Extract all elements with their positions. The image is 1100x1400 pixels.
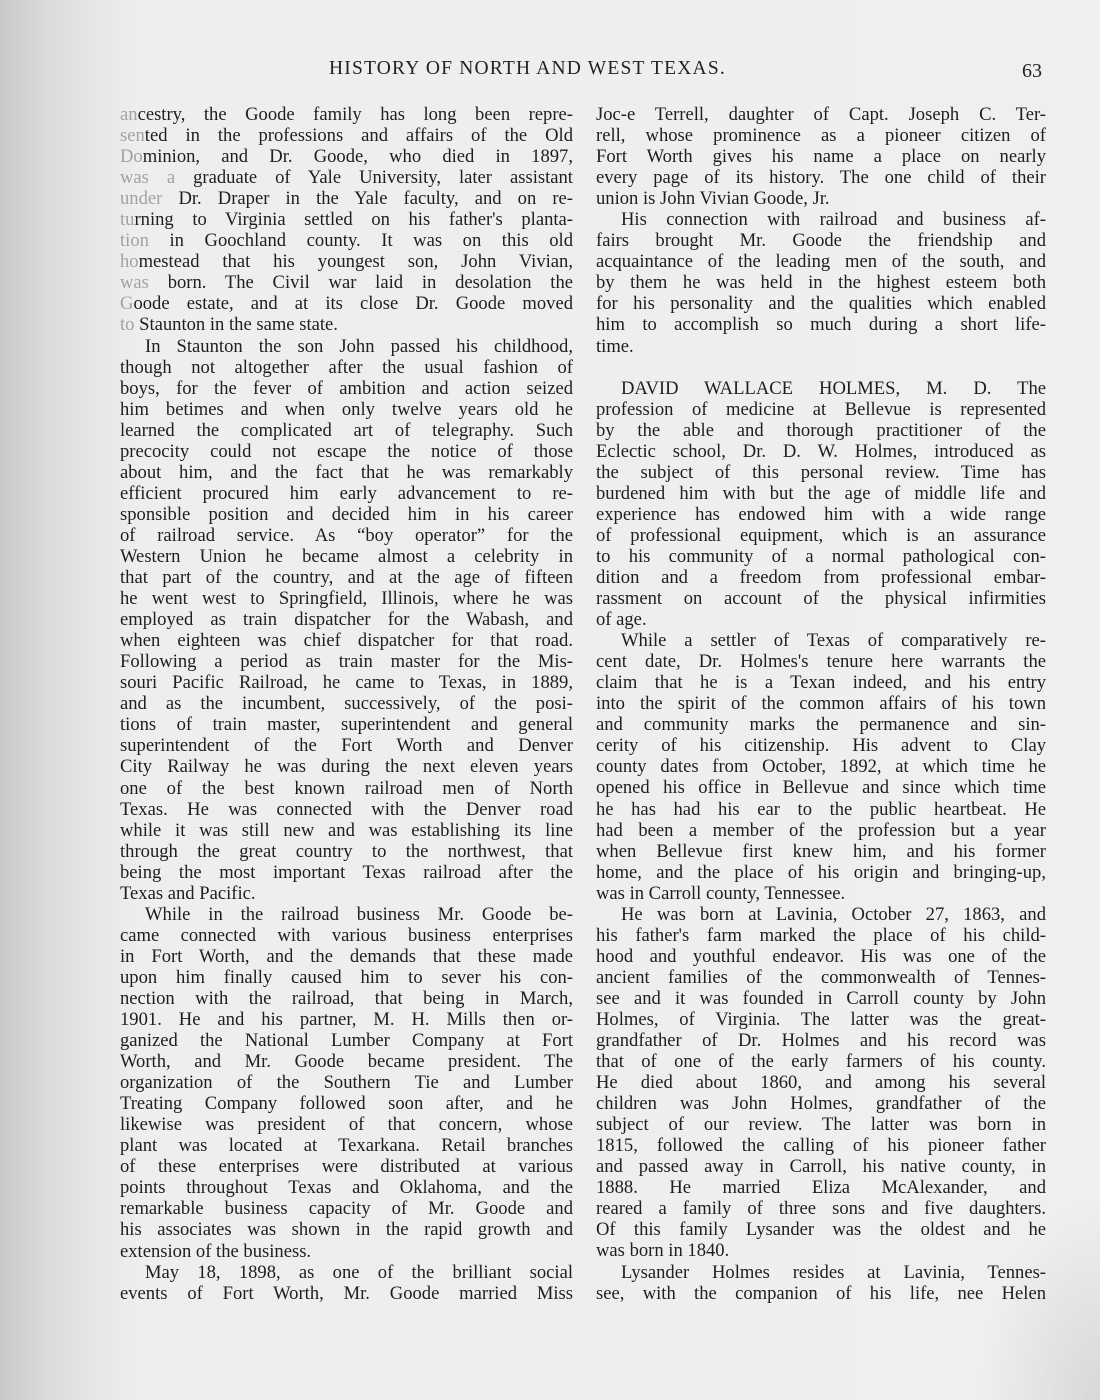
- running-header: HISTORY OF NORTH AND WEST TEXAS. 63: [0, 58, 1100, 88]
- text-line: cerity of his citizenship. His advent to…: [596, 735, 1046, 756]
- text-line: he has had his ear to the public heartbe…: [596, 799, 1046, 820]
- paragraph: He was born at Lavinia, October 27, 1863…: [596, 904, 1046, 1262]
- text-line: county dates from October, 1892, at whic…: [596, 756, 1046, 777]
- text-line: Treating Company followed soon after, an…: [120, 1093, 573, 1114]
- text-line: Following a period as train master for t…: [120, 651, 573, 672]
- text-line: points throughout Texas and Oklahoma, an…: [120, 1177, 573, 1198]
- text-line: events of Fort Worth, Mr. Goode married …: [120, 1283, 573, 1304]
- text-line: organization of the Southern Tie and Lum…: [120, 1072, 573, 1093]
- text-line: by the able and thorough practitioner of…: [596, 420, 1046, 441]
- paragraph: Lysander Holmes resides at Lavinia, Tenn…: [596, 1262, 1046, 1304]
- text-line: and community marks the permanence and s…: [596, 714, 1046, 735]
- text-line: his father's farm marked the place of hi…: [596, 925, 1046, 946]
- text-line: dition and a freedom from professional e…: [596, 567, 1046, 588]
- text-line: being the most important Texas railroad …: [120, 862, 573, 883]
- paragraph: His connection with railroad and busines…: [596, 209, 1046, 356]
- text-line: of these enterprises were distributed at…: [120, 1156, 573, 1177]
- text-line: Eclectic school, Dr. D. W. Holmes, intro…: [596, 441, 1046, 462]
- text-line: Joc-e Terrell, daughter of Capt. Joseph …: [596, 104, 1046, 125]
- text-line: He was born at Lavinia, October 27, 1863…: [596, 904, 1046, 925]
- text-line: Goode estate, and at its close Dr. Goode…: [120, 293, 573, 314]
- text-line: 1901. He and his partner, M. H. Mills th…: [120, 1009, 573, 1030]
- paragraph: While a settler of Texas of comparativel…: [596, 630, 1046, 904]
- text-line: though not altogether after the usual fa…: [120, 357, 573, 378]
- text-line: plant was located at Texarkana. Retail b…: [120, 1135, 573, 1156]
- text-line: when Bellevue first knew him, and his fo…: [596, 841, 1046, 862]
- text-line: homestead that his youngest son, John Vi…: [120, 251, 573, 272]
- section-paragraph: DAVID WALLACE HOLMES, M. D. Theprofessio…: [596, 378, 1046, 631]
- text-line: about him, and the fact that he was rema…: [120, 462, 573, 483]
- paragraph: In Staunton the son John passed his chil…: [120, 336, 573, 904]
- text-line: hood and youthful endeavor. His was one …: [596, 946, 1046, 967]
- text-line: while it was still new and was establish…: [120, 820, 573, 841]
- text-line: one of the best known railroad men of No…: [120, 778, 573, 799]
- text-line: sponsible position and decided him in hi…: [120, 504, 573, 525]
- text-line: of railroad service. As “boy operator” f…: [120, 525, 573, 546]
- text-line: and as the incumbent, successively, of t…: [120, 693, 573, 714]
- text-line: experience has endowed him with a wide r…: [596, 504, 1046, 525]
- text-line: Lysander Holmes resides at Lavinia, Tenn…: [596, 1262, 1046, 1283]
- paragraph: Joc-e Terrell, daughter of Capt. Joseph …: [596, 104, 1046, 209]
- text-line: 1888. He married Eliza McAlexander, and: [596, 1177, 1046, 1198]
- text-line: ganized the National Lumber Company at F…: [120, 1030, 573, 1051]
- text-line: extension of the business.: [120, 1241, 573, 1262]
- text-line: in Fort Worth, and the demands that thes…: [120, 946, 573, 967]
- text-line: rassment on account of the physical infi…: [596, 588, 1046, 609]
- text-line: reared a family of three sons and five d…: [596, 1198, 1046, 1219]
- text-line: children was John Holmes, grandfather of…: [596, 1093, 1046, 1114]
- running-title: HISTORY OF NORTH AND WEST TEXAS.: [329, 58, 726, 80]
- text-line: to Staunton in the same state.: [120, 314, 573, 335]
- text-line: he went west to Springfield, Illinois, w…: [120, 588, 573, 609]
- text-line: by them he was held in the highest estee…: [596, 272, 1046, 293]
- text-line: Texas and Pacific.: [120, 883, 573, 904]
- paragraph: While in the railroad business Mr. Goode…: [120, 904, 573, 1262]
- text-line: efficient procured him early advancement…: [120, 483, 573, 504]
- text-line: Dominion, and Dr. Goode, who died in 189…: [120, 146, 573, 167]
- text-line: was a graduate of Yale University, later…: [120, 167, 573, 188]
- text-line: through the great country to the northwe…: [120, 841, 573, 862]
- text-line: when eighteen was chief dispatcher for t…: [120, 630, 573, 651]
- text-line: was born. The Civil war laid in desolati…: [120, 272, 573, 293]
- text-line: superintendent of the Fort Worth and Den…: [120, 735, 573, 756]
- left-column: ancestry, the Goode family has long been…: [120, 104, 573, 1304]
- text-line: upon him finally caused him to sever his…: [120, 967, 573, 988]
- text-line: of professional equipment, which is an a…: [596, 525, 1046, 546]
- text-line: Fort Worth gives his name a place on nea…: [596, 146, 1046, 167]
- paragraph: ancestry, the Goode family has long been…: [120, 104, 573, 336]
- text-line: see, with the companion of his life, nee…: [596, 1283, 1046, 1304]
- text-line: tions of train master, superintendent an…: [120, 714, 573, 735]
- text-line: under Dr. Draper in the Yale faculty, an…: [120, 188, 573, 209]
- text-line: his associates was shown in the rapid gr…: [120, 1219, 573, 1240]
- page-number: 63: [1022, 60, 1042, 83]
- text-line: profession of medicine at Bellevue is re…: [596, 399, 1046, 420]
- text-line: rell, whose prominence as a pioneer citi…: [596, 125, 1046, 146]
- text-line: grandfather of Dr. Holmes and his record…: [596, 1030, 1046, 1051]
- text-line: While in the railroad business Mr. Goode…: [120, 904, 573, 925]
- text-line: Holmes, of Virginia. The latter was the …: [596, 1009, 1046, 1030]
- text-line: for his personality and the qualities wh…: [596, 293, 1046, 314]
- text-line: In Staunton the son John passed his chil…: [120, 336, 573, 357]
- text-line: burdened him with but the age of middle …: [596, 483, 1046, 504]
- text-line: He died about 1860, and among his severa…: [596, 1072, 1046, 1093]
- text-line: boys, for the fever of ambition and acti…: [120, 378, 573, 399]
- text-line: learned the complicated art of telegraph…: [120, 420, 573, 441]
- text-line: cent date, Dr. Holmes's tenure here warr…: [596, 651, 1046, 672]
- text-line: and passed away in Carroll, his native c…: [596, 1156, 1046, 1177]
- text-line: to his community of a normal pathologica…: [596, 546, 1046, 567]
- text-line: the subject of this personal review. Tim…: [596, 462, 1046, 483]
- text-line: sented in the professions and affairs of…: [120, 125, 573, 146]
- text-line: ancestry, the Goode family has long been…: [120, 104, 573, 125]
- text-line: His connection with railroad and busines…: [596, 209, 1046, 230]
- text-line: time.: [596, 336, 1046, 357]
- text-line: union is John Vivian Goode, Jr.: [596, 188, 1046, 209]
- text-line: ancient families of the commonwealth of …: [596, 967, 1046, 988]
- text-line: of age.: [596, 609, 1046, 630]
- text-line: home, and the place of his origin and br…: [596, 862, 1046, 883]
- text-line: turning to Virginia settled on his fathe…: [120, 209, 573, 230]
- text-line: acquaintance of the leading men of the s…: [596, 251, 1046, 272]
- text-line: Texas. He was connected with the Denver …: [120, 799, 573, 820]
- paragraph: May 18, 1898, as one of the brilliant so…: [120, 1262, 573, 1304]
- text-line: subject of our review. The latter was bo…: [596, 1114, 1046, 1135]
- text-line: likewise was president of that concern, …: [120, 1114, 573, 1135]
- text-line: was in Carroll county, Tennessee.: [596, 883, 1046, 904]
- text-line: claim that he is a Texan indeed, and his…: [596, 672, 1046, 693]
- text-line: was born in 1840.: [596, 1240, 1046, 1261]
- text-line: him betimes and when only twelve years o…: [120, 399, 573, 420]
- text-line: employed as train dispatcher for the Wab…: [120, 609, 573, 630]
- text-line: Western Union he became almost a celebri…: [120, 546, 573, 567]
- text-line: see and it was founded in Carroll county…: [596, 988, 1046, 1009]
- text-line: him to accomplish so much during a short…: [596, 314, 1046, 335]
- text-line: fairs brought Mr. Goode the friendship a…: [596, 230, 1046, 251]
- text-line: Of this family Lysander was the oldest a…: [596, 1219, 1046, 1240]
- text-line: precocity could not escape the notice of…: [120, 441, 573, 462]
- text-line: came connected with various business ent…: [120, 925, 573, 946]
- text-line: City Railway he was during the next elev…: [120, 756, 573, 777]
- right-column: Joc-e Terrell, daughter of Capt. Joseph …: [596, 104, 1046, 1304]
- text-line: that part of the country, and at the age…: [120, 567, 573, 588]
- text-line: into the spirit of the common affairs of…: [596, 693, 1046, 714]
- text-line: opened his office in Bellevue and since …: [596, 777, 1046, 798]
- text-line: tion in Goochland county. It was on this…: [120, 230, 573, 251]
- text-line: souri Pacific Railroad, he came to Texas…: [120, 672, 573, 693]
- text-line: Worth, and Mr. Goode became president. T…: [120, 1051, 573, 1072]
- text-line: While a settler of Texas of comparativel…: [596, 630, 1046, 651]
- text-line: remarkable business capacity of Mr. Good…: [120, 1198, 573, 1219]
- text-line: 1815, followed the calling of his pionee…: [596, 1135, 1046, 1156]
- text-line: May 18, 1898, as one of the brilliant so…: [120, 1262, 573, 1283]
- text-line: that of one of the early farmers of his …: [596, 1051, 1046, 1072]
- text-line: had been a member of the profession but …: [596, 820, 1046, 841]
- text-line: every page of its history. The one child…: [596, 167, 1046, 188]
- section-gap: [596, 357, 1046, 378]
- text-line: nection with the railroad, that being in…: [120, 988, 573, 1009]
- text-line: DAVID WALLACE HOLMES, M. D. The: [596, 378, 1046, 399]
